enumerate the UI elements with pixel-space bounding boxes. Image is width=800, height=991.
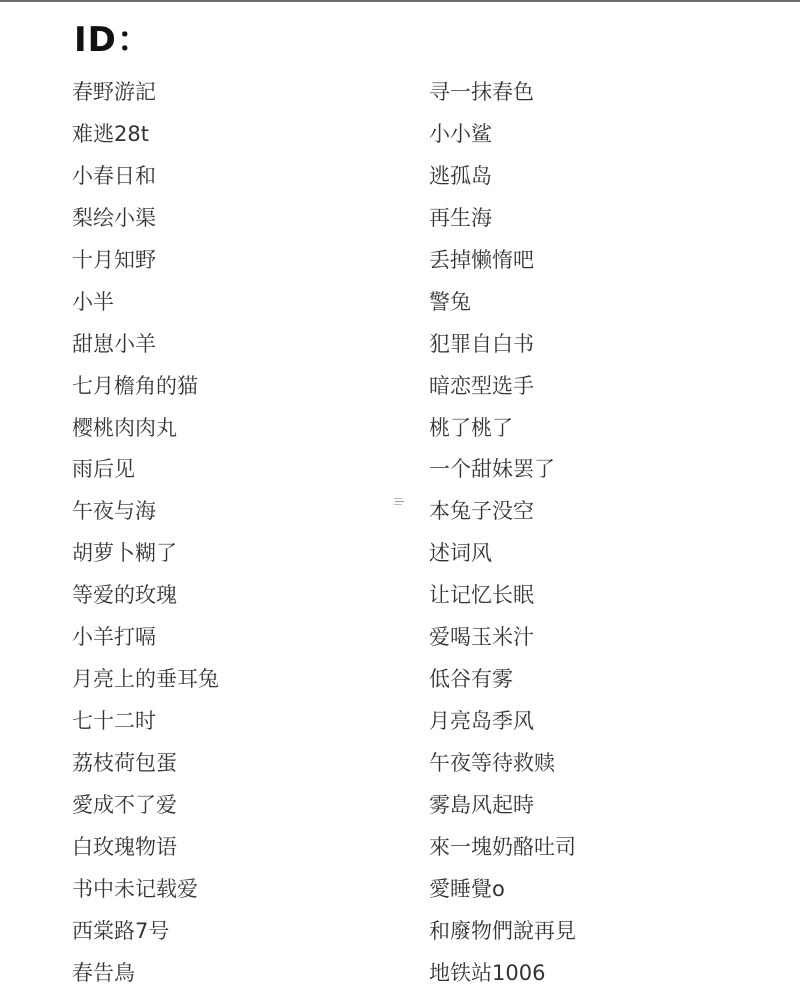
list-item: 本兔子没空 <box>429 495 576 537</box>
list-item: 书中未记载爱 <box>72 873 219 915</box>
list-item: 愛睡覺o <box>429 873 576 915</box>
list-item: 述词风 <box>429 537 576 579</box>
page-title: ID： <box>74 20 152 60</box>
list-item: 梨绘小渠 <box>72 202 219 244</box>
list-item: 犯罪自白书 <box>429 328 576 370</box>
list-item: 地铁站1006 <box>429 957 576 991</box>
list-item: 月亮岛季风 <box>429 705 576 747</box>
decorative-mark <box>394 498 404 506</box>
list-item: 西棠路7号 <box>72 915 219 957</box>
list-item: 春野游記 <box>72 76 219 118</box>
list-item: 桃了桃了 <box>429 412 576 454</box>
list-item: 午夜与海 <box>72 495 219 537</box>
list-item: 小小鲨 <box>429 118 576 160</box>
list-item: 小羊打嗝 <box>72 621 219 663</box>
list-item: 月亮上的垂耳兔 <box>72 663 219 705</box>
list-item: 午夜等待救赎 <box>429 747 576 789</box>
list-item: 逃孤岛 <box>429 160 576 202</box>
list-item: 爱喝玉米汁 <box>429 621 576 663</box>
list-item: 一个甜妹罢了 <box>429 453 576 495</box>
list-item: 小春日和 <box>72 160 219 202</box>
list-item: 十月知野 <box>72 244 219 286</box>
list-item: 雨后见 <box>72 453 219 495</box>
list-item: 和廢物們說再見 <box>429 915 576 957</box>
top-border <box>0 0 800 2</box>
list-item: 白玫瑰物语 <box>72 831 219 873</box>
list-item: 愛成不了爱 <box>72 789 219 831</box>
list-item: 寻一抹春色 <box>429 76 576 118</box>
list-item: 警兔 <box>429 286 576 328</box>
list-item: 让记忆长眠 <box>429 579 576 621</box>
list-item: 暗恋型选手 <box>429 370 576 412</box>
list-item: 小半 <box>72 286 219 328</box>
id-list-right: 寻一抹春色 小小鲨 逃孤岛 再生海 丢掉懒惰吧 警兔 犯罪自白书 暗恋型选手 桃… <box>429 76 576 991</box>
list-item: 荔枝荷包蛋 <box>72 747 219 789</box>
list-item: 春告鳥 <box>72 957 219 991</box>
list-item: 來一塊奶酪吐司 <box>429 831 576 873</box>
list-item: 胡萝卜糊了 <box>72 537 219 579</box>
list-item: 难逃28t <box>72 118 219 160</box>
list-item: 低谷有雾 <box>429 663 576 705</box>
id-list-left: 春野游記 难逃28t 小春日和 梨绘小渠 十月知野 小半 甜崽小羊 七月檐角的猫… <box>72 76 219 991</box>
list-item: 丢掉懒惰吧 <box>429 244 576 286</box>
list-item: 樱桃肉肉丸 <box>72 412 219 454</box>
list-item: 七十二时 <box>72 705 219 747</box>
list-item: 雾島风起時 <box>429 789 576 831</box>
list-item: 等爱的玫瑰 <box>72 579 219 621</box>
list-item: 甜崽小羊 <box>72 328 219 370</box>
list-item: 七月檐角的猫 <box>72 370 219 412</box>
list-item: 再生海 <box>429 202 576 244</box>
